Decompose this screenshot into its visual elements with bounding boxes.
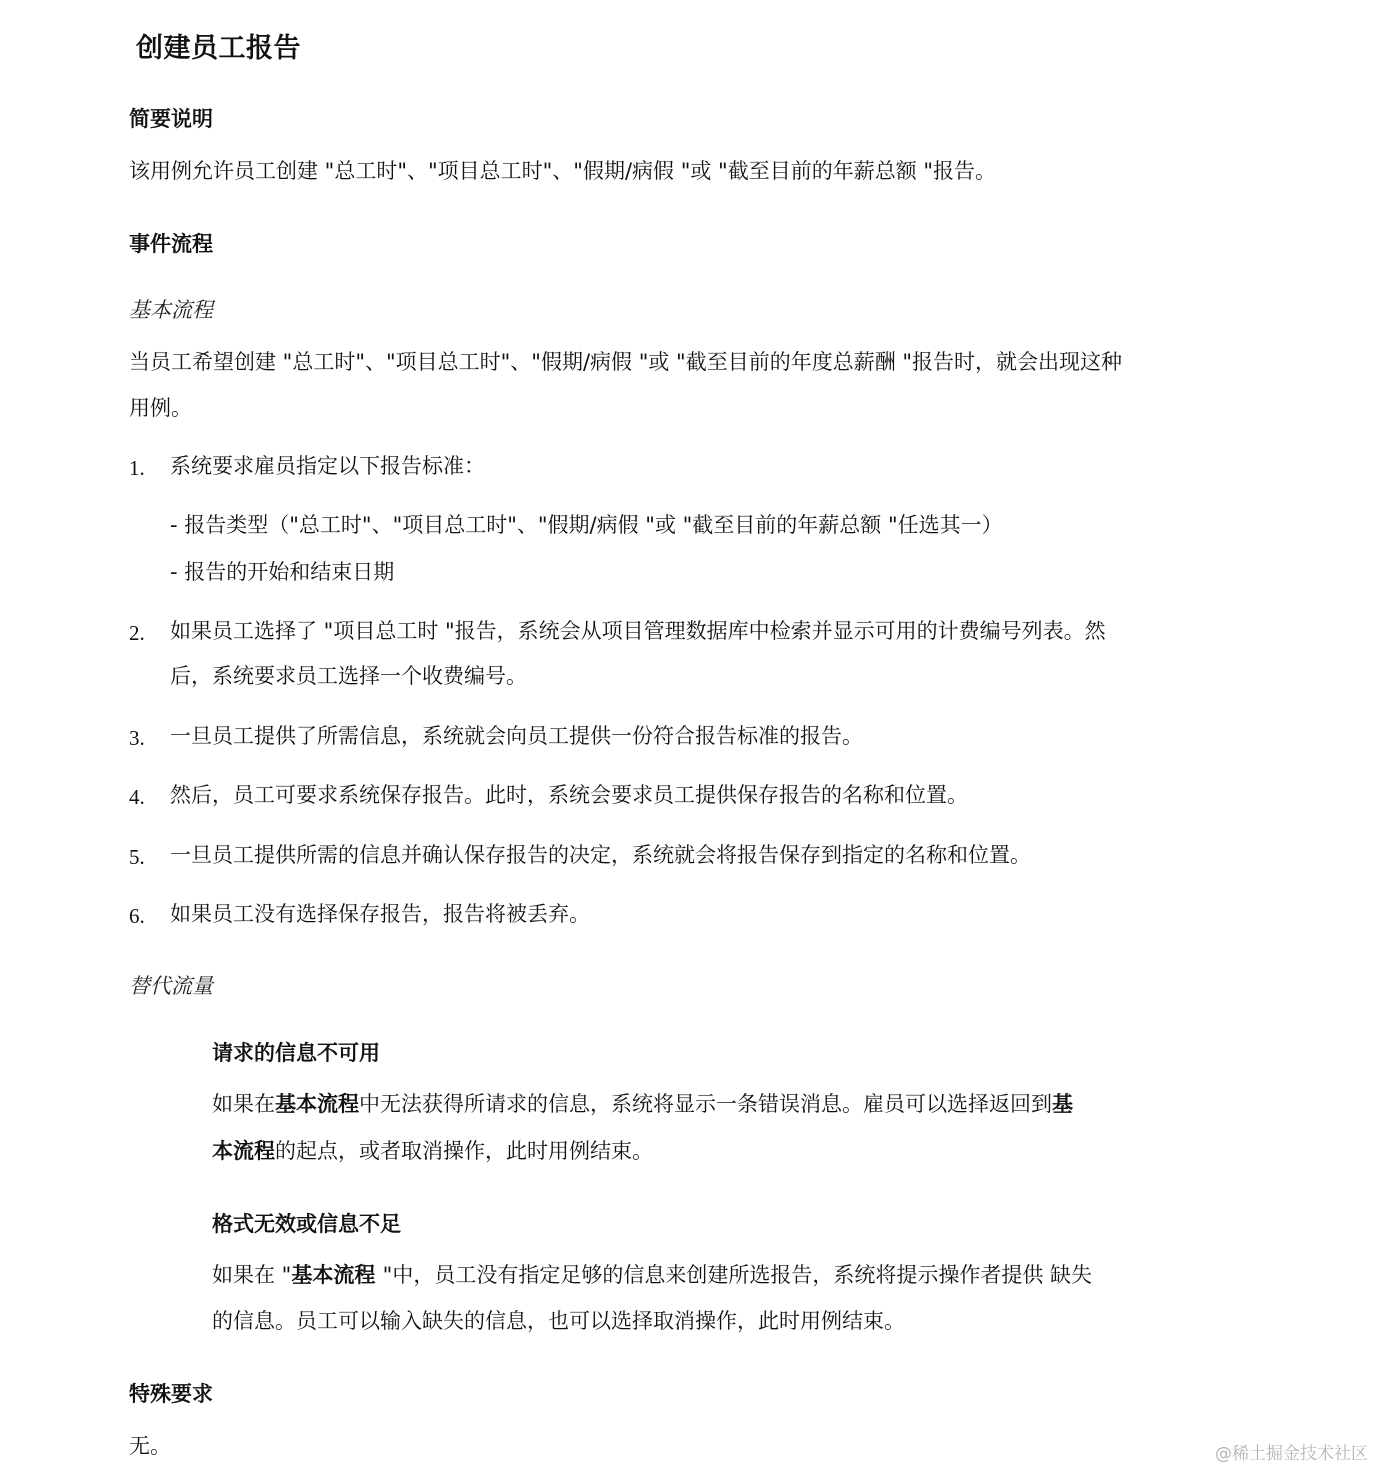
step-4-text: 然后，员工可要求系统保存报告。此时，系统会要求员工提供保存报告的名称和位置。 <box>170 780 968 810</box>
document-page: 创建员工报告 简要说明 该用例允许员工创建 "总工时"、"项目总工时"、"假期/… <box>0 0 1376 1472</box>
brief-description-heading: 简要说明 <box>129 104 213 134</box>
basic-flow-reference: 基本流程 <box>275 1092 359 1116</box>
alt-invalid-format-line-1: 如果在 "基本流程 "中，员工没有指定足够的信息来创建所选报告，系统将提示操作者… <box>212 1260 1092 1290</box>
watermark: @稀土掘金技术社区 <box>1215 1442 1368 1466</box>
step-1-sub-date-range: - 报告的开始和结束日期 <box>170 557 394 587</box>
flow-of-events-heading: 事件流程 <box>129 229 213 259</box>
step-number: 1. <box>129 453 165 483</box>
step-1-sub-report-type: - 报告类型（"总工时"、"项目总工时"、"假期/病假 "或 "截至目前的年薪总… <box>170 510 1003 540</box>
text-segment: 的起点，或者取消操作，此时用例结束。 <box>275 1139 653 1163</box>
alt-invalid-format-heading: 格式无效或信息不足 <box>212 1209 401 1239</box>
step-number: 4. <box>129 782 165 812</box>
brief-description-text: 该用例允许员工创建 "总工时"、"项目总工时"、"假期/病假 "或 "截至目前的… <box>129 156 996 186</box>
text-segment: 中无法获得所请求的信息，系统将显示一条错误消息。雇员可以选择返回到 <box>359 1092 1052 1116</box>
step-2-text-line-1: 如果员工选择了 "项目总工时 "报告，系统会从项目管理数据库中检索并显示可用的计… <box>170 616 1106 646</box>
basic-flow-intro-line-1: 当员工希望创建 "总工时"、"项目总工时"、"假期/病假 "或 "截至目前的年度… <box>129 347 1122 377</box>
step-5-text: 一旦员工提供所需的信息并确认保存报告的决定，系统就会将报告保存到指定的名称和位置… <box>170 840 1031 870</box>
basic-flow-reference: 本流程 <box>212 1139 275 1163</box>
basic-flow-reference: 基 <box>1052 1092 1073 1116</box>
page-title: 创建员工报告 <box>136 30 301 68</box>
alternate-flow-heading: 替代流量 <box>129 971 213 1001</box>
special-requirements-text: 无。 <box>129 1431 171 1461</box>
special-requirements-heading: 特殊要求 <box>129 1379 213 1409</box>
step-number: 5. <box>129 842 165 872</box>
text-segment: 如果在 " <box>212 1263 291 1287</box>
text-segment: 如果在 <box>212 1092 275 1116</box>
step-number: 6. <box>129 901 165 931</box>
step-number: 2. <box>129 618 165 648</box>
step-2-text-line-2: 后，系统要求员工选择一个收费编号。 <box>170 661 527 691</box>
step-3-text: 一旦员工提供了所需信息，系统就会向员工提供一份符合报告标准的报告。 <box>170 721 863 751</box>
basic-flow-reference: 基本流程 <box>291 1263 382 1287</box>
alt-info-unavailable-line-1: 如果在基本流程中无法获得所请求的信息，系统将显示一条错误消息。雇员可以选择返回到… <box>212 1089 1073 1119</box>
basic-flow-intro-line-2: 用例。 <box>129 393 192 423</box>
text-segment: "中，员工没有指定足够的信息来创建所选报告，系统将提示操作者提供 缺失 <box>383 1263 1092 1287</box>
alt-invalid-format-line-2: 的信息。员工可以输入缺失的信息，也可以选择取消操作，此时用例结束。 <box>212 1306 905 1336</box>
step-number: 3. <box>129 723 165 753</box>
step-6-text: 如果员工没有选择保存报告，报告将被丢弃。 <box>170 899 590 929</box>
alt-info-unavailable-line-2: 本流程的起点，或者取消操作，此时用例结束。 <box>212 1136 653 1166</box>
basic-flow-heading: 基本流程 <box>129 295 213 325</box>
alt-info-unavailable-heading: 请求的信息不可用 <box>212 1038 380 1068</box>
step-1-text: 系统要求雇员指定以下报告标准： <box>170 451 485 481</box>
